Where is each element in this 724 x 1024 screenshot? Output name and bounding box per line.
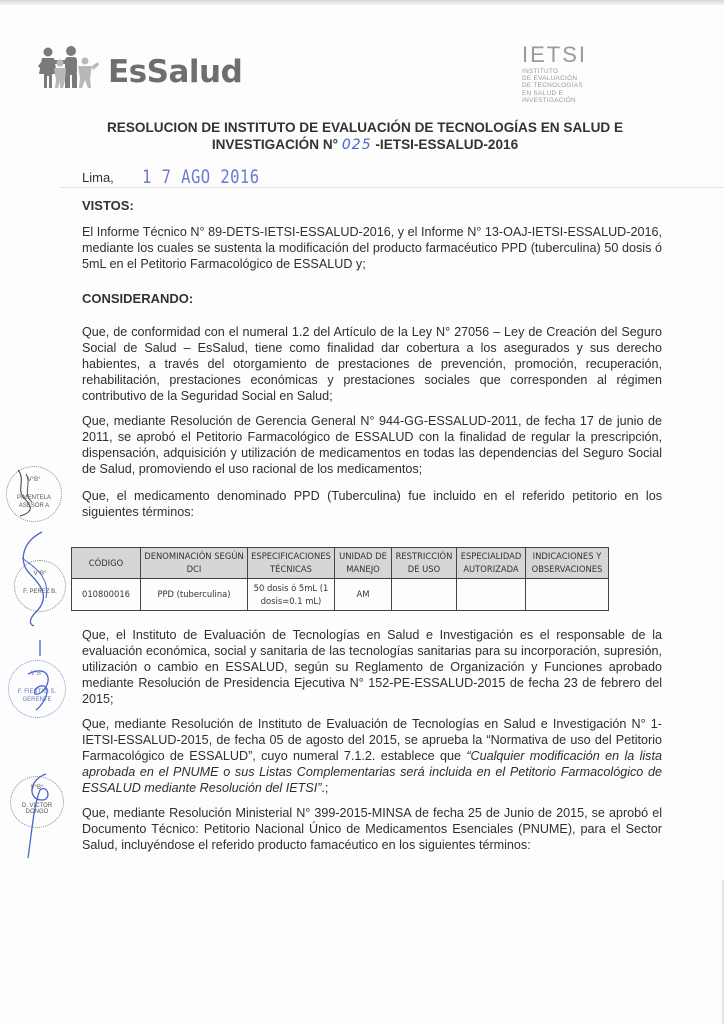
paragraph-normativa-uso: Que, mediante Resolución de Instituto de… (82, 716, 662, 796)
col-restriccion: RESTRICCIÓN DE USO (392, 548, 457, 579)
signature-4-icon (18, 770, 58, 860)
scan-artifact-line (60, 187, 724, 188)
table-row: 010800016 PPD (tuberculina) 50 dosis ó 5… (72, 579, 609, 611)
col-codigo: CÓDIGO (72, 548, 141, 579)
col-unidad: UNIDAD DE MANEJO (335, 548, 392, 579)
col-especificaciones: ESPECIFICACIONES TÉCNICAS (248, 548, 335, 579)
family-figures-icon (38, 46, 104, 90)
petitorio-table: CÓDIGO DENOMINACIÓN SEGÚN DCI ESPECIFICA… (71, 547, 609, 611)
paragraph-pnume: Que, mediante Resolución Ministerial N° … (82, 805, 662, 853)
considerando-heading: CONSIDERANDO: (82, 291, 193, 306)
essalud-logo: EsSalud (38, 40, 242, 90)
handwritten-resolution-number: 025 (342, 137, 372, 153)
signature-3-icon (20, 640, 60, 720)
vistos-paragraph: El Informe Técnico N° 89-DETS-IETSI-ESSA… (82, 224, 662, 272)
paragraph-ley-27056: Que, de conformidad con el numeral 1.2 d… (82, 324, 662, 404)
col-indicaciones: INDICACIONES Y OBSERVACIONES (526, 548, 609, 579)
place-label: Lima, (82, 170, 114, 185)
scan-top-edge (0, 0, 724, 5)
vistos-heading: VISTOS: (82, 198, 134, 213)
col-especialidad: ESPECIALIDAD AUTORIZADA (457, 548, 526, 579)
logo-text: EsSalud (108, 54, 242, 90)
ietsi-title: IETSI (522, 44, 587, 66)
table-header-row: CÓDIGO DENOMINACIÓN SEGÚN DCI ESPECIFICA… (72, 548, 609, 579)
paragraph-ietsi-responsable: Que, el Instituto de Evaluación de Tecno… (82, 627, 662, 707)
ietsi-subtitle: INSTITUTO DE EVALUACIÓN DE TECNOLOGÍAS E… (522, 68, 587, 104)
signature-1-icon (12, 468, 42, 518)
document-title: RESOLUCION DE INSTITUTO DE EVALUACIÓN DE… (70, 119, 660, 154)
paragraph-ppd-incluido: Que, el medicamento denominado PPD (Tube… (82, 488, 662, 520)
paragraph-resolucion-944: Que, mediante Resolución de Gerencia Gen… (82, 413, 662, 477)
document-page: EsSalud IETSI INSTITUTO DE EVALUACIÓN DE… (0, 0, 724, 1024)
date-stamp: 1 7 AGO 2016 (142, 166, 259, 188)
ietsi-logo: IETSI INSTITUTO DE EVALUACIÓN DE TECNOLO… (522, 44, 587, 104)
col-denominacion: DENOMINACIÓN SEGÚN DCI (141, 548, 248, 579)
signature-2-icon (16, 528, 56, 628)
